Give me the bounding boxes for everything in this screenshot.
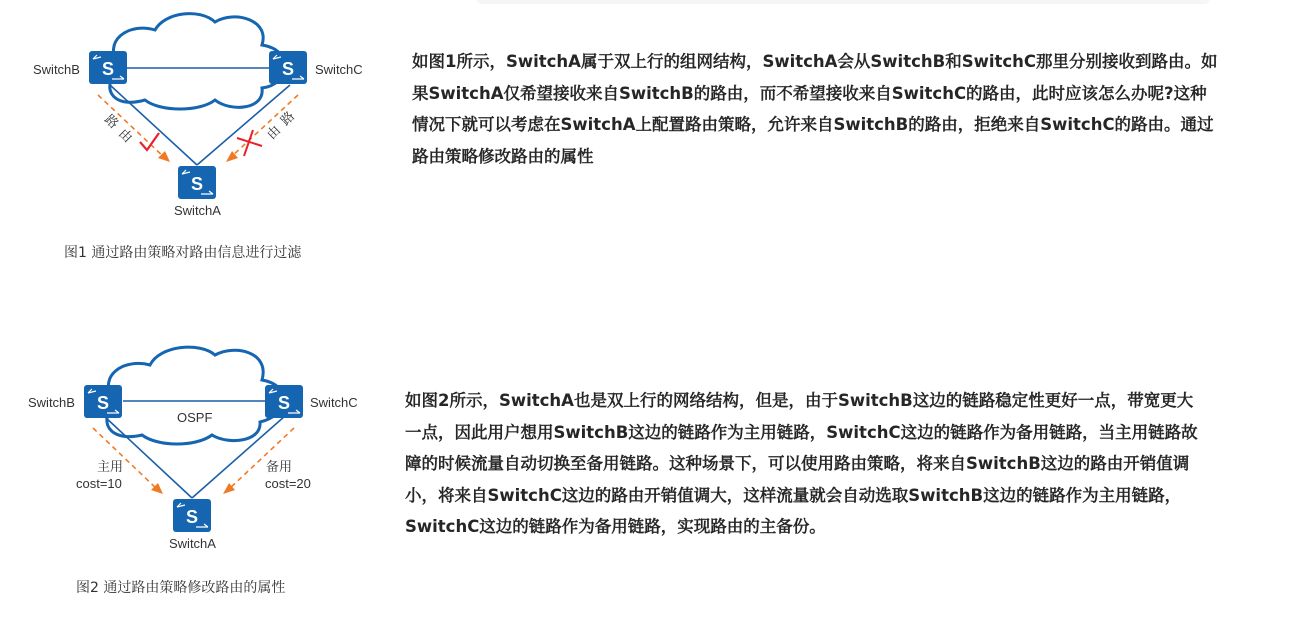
network-cloud	[107, 347, 284, 444]
switch-b-icon: S	[84, 385, 122, 418]
switch-b-label: SwitchB	[28, 395, 75, 410]
svg-text:S: S	[102, 59, 114, 79]
switch-c-label: SwitchC	[310, 395, 358, 410]
figure-1-caption: 图1 通过路由策略对路由信息进行过滤	[64, 242, 301, 262]
paragraph-line: 一点，因此用户想用SwitchB这边的链路作为主用链路，SwitchC这边的链路…	[405, 417, 1305, 449]
top-panel-edge	[476, 0, 1210, 4]
svg-text:S: S	[186, 507, 198, 527]
ospf-label: OSPF	[177, 410, 212, 425]
paragraph-line: 果SwitchA仅希望接收来自SwitchB的路由，而不希望接收来自Switch…	[412, 78, 1302, 110]
switch-a-label: SwitchA	[174, 203, 221, 218]
switch-c-icon: S	[265, 385, 303, 418]
figure-2-caption: 图2 通过路由策略修改路由的属性	[76, 577, 285, 597]
backup-cost: cost=20	[265, 476, 311, 491]
figure-1-diagram: 路 由 路 由 S S S SwitchB SwitchC SwitchA	[0, 0, 400, 230]
svg-text:S: S	[282, 59, 294, 79]
svg-text:由: 由	[264, 122, 284, 142]
paragraph-line: SwitchC这边的链路作为备用链路，实现路由的主备份。	[405, 511, 1305, 543]
switch-b-icon: S	[89, 51, 127, 84]
paragraph-line: 小，将来自SwitchC这边的路由开销值调大，这样流量就会自动选取SwitchB…	[405, 480, 1305, 512]
check-icon	[140, 133, 159, 150]
svg-text:S: S	[97, 393, 109, 413]
switch-a-icon: S	[173, 499, 211, 532]
primary-cost: cost=10	[76, 476, 122, 491]
paragraph-line: 情况下就可以考虑在SwitchA上配置路由策略，允许来自SwitchB的路由，拒…	[412, 109, 1302, 141]
svg-text:路: 路	[278, 108, 298, 128]
network-cloud	[110, 14, 285, 109]
switch-c-label: SwitchC	[315, 62, 363, 77]
paragraph-line: 如图2所示，SwitchA也是双上行的网络结构，但是，由于SwitchB这边的链…	[405, 385, 1305, 417]
primary-label: 主用	[97, 459, 123, 474]
svg-text:S: S	[191, 174, 203, 194]
switch-c-icon: S	[269, 51, 307, 84]
paragraph-line: 如图1所示，SwitchA属于双上行的组网结构，SwitchA会从SwitchB…	[412, 46, 1302, 78]
svg-text:S: S	[278, 393, 290, 413]
switch-b-label: SwitchB	[33, 62, 80, 77]
paragraph-2: 如图2所示，SwitchA也是双上行的网络结构，但是，由于SwitchB这边的链…	[405, 385, 1305, 543]
switch-a-label: SwitchA	[169, 536, 216, 551]
paragraph-line: 路由策略修改路由的属性	[412, 141, 1302, 173]
paragraph-1: 如图1所示，SwitchA属于双上行的组网结构，SwitchA会从SwitchB…	[412, 46, 1302, 172]
figure-2-diagram: OSPF 主用 cost=10 备用 cost=20 S S S SwitchB…	[0, 330, 400, 560]
backup-label: 备用	[266, 459, 292, 474]
switch-a-icon: S	[178, 166, 216, 199]
paragraph-line: 障的时候流量自动切换至备用链路。这种场景下，可以使用路由策略，将来自Switch…	[405, 448, 1305, 480]
